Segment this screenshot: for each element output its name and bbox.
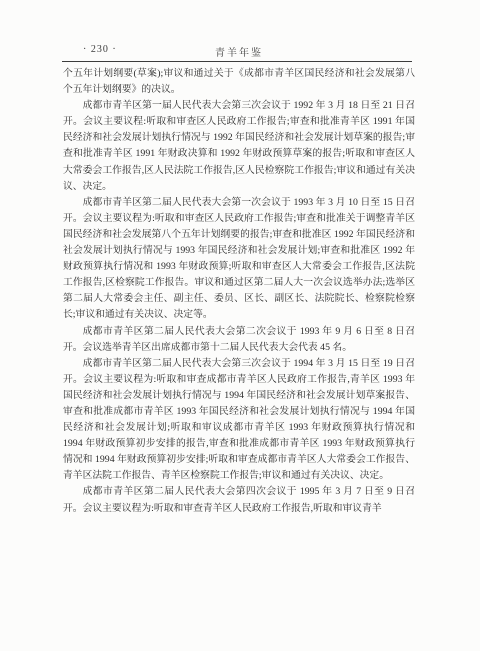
- paragraph-congress-2-session-2: 成都市青羊区第二届人民代表大会第二次会议于 1993 年 9 月 6 日至 8 …: [63, 324, 415, 356]
- paragraph-congress-2-session-4: 成都市青羊区第二届人民代表大会第四次会议于 1995 年 3 月 7 日至 9 …: [63, 484, 415, 516]
- paragraph-congress-2-session-1: 成都市青羊区第二届人民代表大会第一次会议于 1993 年 3 月 10 日至 1…: [63, 195, 415, 324]
- book-title: 青羊年鉴: [63, 44, 415, 59]
- paragraph-congress-1-session-3: 成都市青羊区第一届人民代表大会第三次会议于 1992 年 3 月 18 日至 2…: [63, 98, 415, 195]
- yearbook-scanned-page: · 230 · 青羊年鉴 个五年计划纲要(草案);审议和通过关于《成都市青羊区国…: [0, 0, 480, 651]
- page-header: · 230 · 青羊年鉴: [63, 44, 415, 58]
- header-rule: [62, 61, 412, 62]
- paragraph-continuation: 个五年计划纲要(草案);审议和通过关于《成都市青羊区国民经济和社会发展第八个五年…: [63, 66, 415, 98]
- paragraph-congress-2-session-3: 成都市青羊区第二届人民代表大会第三次会议于 1994 年 3 月 15 日至 1…: [63, 356, 415, 485]
- page-body: 个五年计划纲要(草案);审议和通过关于《成都市青羊区国民经济和社会发展第八个五年…: [63, 66, 415, 517]
